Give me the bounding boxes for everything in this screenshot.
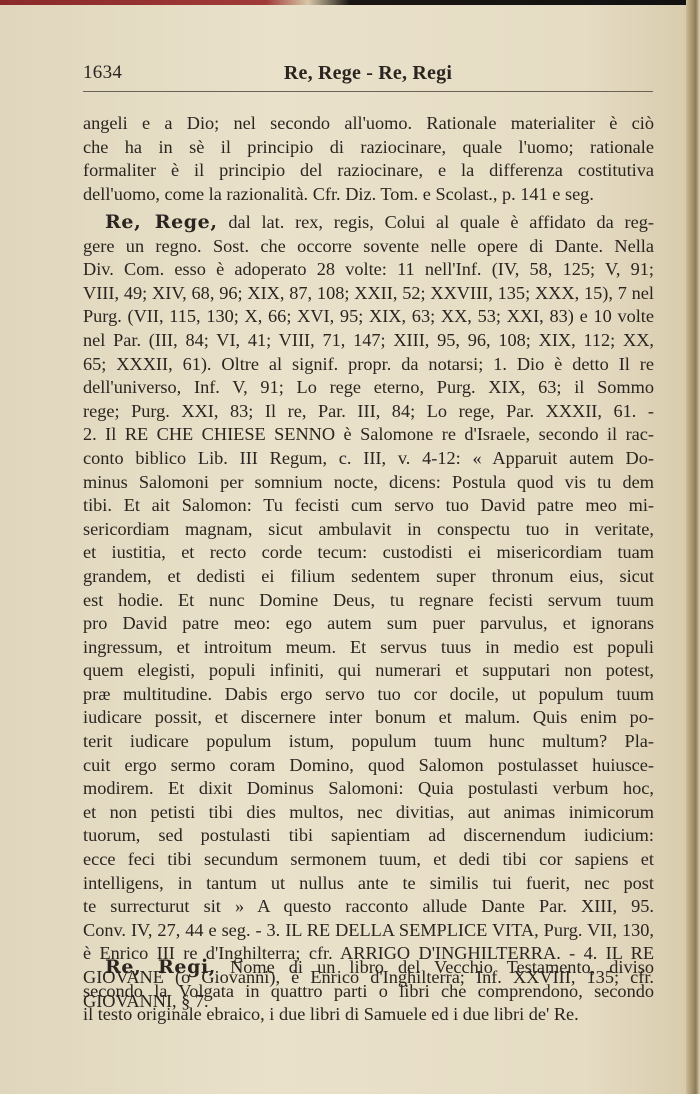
text-line: et non petisti tibi dies multos, nec div…: [83, 801, 654, 825]
text-line: intelligens, in tantum ut nullus ante te…: [83, 872, 654, 896]
text-line: grandem, et dedisti ei filium sedentem s…: [83, 565, 654, 589]
text-line: est hodie. Et nunc Domine Deus, tu regna…: [83, 589, 654, 613]
paragraph-continued: angeli e a Dio; nel secondo all'uomo. Ra…: [83, 112, 654, 206]
text-line: præ multitudine. Dabis ergo servo tuo co…: [83, 683, 654, 707]
entry-first-line: Re, Regi, Nome di un libro del Vecchio T…: [83, 956, 654, 980]
text-line: Div. Com. esso è adoperato 28 volte: 11 …: [83, 258, 654, 282]
text-line: dell'universo, Inf. V, 91; Lo rege etern…: [83, 376, 654, 400]
text-line: sericordiam magnam, sicut ambulavit in c…: [83, 518, 654, 542]
text-line: formaliter è il principio del raziocinar…: [83, 159, 654, 183]
text-line: Nome di un libro del Vecchio Testamento,…: [230, 957, 654, 977]
text-line: pro David patre meo: ego autem sum puer …: [83, 612, 654, 636]
book-spine-edge: [686, 0, 700, 1094]
text-line: angeli e a Dio; nel secondo all'uomo. Ra…: [83, 112, 654, 136]
text-line: ecce feci tibi secundum sermonem tuum, e…: [83, 848, 654, 872]
entry-headword: Re, Rege,: [105, 211, 218, 233]
text-line: 2. Il RE CHE CHIESE SENNO è Salomone re …: [83, 423, 654, 447]
text-line: tibi. Et ait Salomon: Tu fecisti cum ser…: [83, 494, 654, 518]
running-head: Re, Rege - Re, Regi: [83, 62, 653, 85]
text-line: rege; Purg. XXI, 83; Il re, Par. III, 84…: [83, 400, 654, 424]
entry-re-regi: Re, Regi, Nome di un libro del Vecchio T…: [83, 956, 654, 1027]
header-rule: [83, 91, 653, 92]
page-header: 1634 Re, Rege - Re, Regi: [83, 62, 653, 90]
text-line: 65; XXXII, 61). Oltre al signif. propr. …: [83, 353, 654, 377]
text-line: dal lat. rex, regis, Colui al quale è af…: [228, 212, 654, 232]
text-line: ingressum, et introitum meum. Et servus …: [83, 636, 654, 660]
text-line: secondo la Volgata in quattro parti o li…: [83, 980, 654, 1004]
text-line: il testo originale ebraico, i due libri …: [83, 1003, 654, 1027]
text-line: VIII, 49; XIV, 68, 96; XIX, 87, 108; XXI…: [83, 282, 654, 306]
text-line: Conv. IV, 27, 44 e seg. - 3. IL RE DELLA…: [83, 919, 654, 943]
text-line: quem elegisti, populi infiniti, qui nume…: [83, 659, 654, 683]
text-line: dell'uomo, come la razionalità. Cfr. Diz…: [83, 183, 654, 207]
entry-first-line: Re, Rege, dal lat. rex, regis, Colui al …: [83, 211, 654, 235]
text-line: cuit ergo sermo coram Domino, quod Salom…: [83, 754, 654, 778]
text-line: et iustitia, et recto corde tecum: custo…: [83, 541, 654, 565]
text-line: gere un regno. Sost. che occorre sovente…: [83, 235, 654, 259]
text-line: te surrecturut sit » A questo racconto a…: [83, 895, 654, 919]
text-line: minus Salomoni per somnium nocte, dicens…: [83, 471, 654, 495]
entry-re-rege: Re, Rege, dal lat. rex, regis, Colui al …: [83, 211, 654, 1013]
text-line: iudicare possit, et discernere inter bon…: [83, 706, 654, 730]
text-line: Purg. (VII, 115, 130; X, 66; XVI, 95; XI…: [83, 305, 654, 329]
text-line: tuorum, sed postulasti tibi sapientiam a…: [83, 824, 654, 848]
text-line: nel Par. (III, 84; VI, 41; VIII, 71, 147…: [83, 329, 654, 353]
entry-headword: Re, Regi,: [105, 956, 216, 978]
text-line: modirem. Et dixit Dominus Salomoni: Quia…: [83, 777, 654, 801]
text-line: che ha in sè il principio di raziocinare…: [83, 136, 654, 160]
text-line: terit iudicare populum istum, populum tu…: [83, 730, 654, 754]
text-line: conto biblico Lib. III Regum, c. III, v.…: [83, 447, 654, 471]
